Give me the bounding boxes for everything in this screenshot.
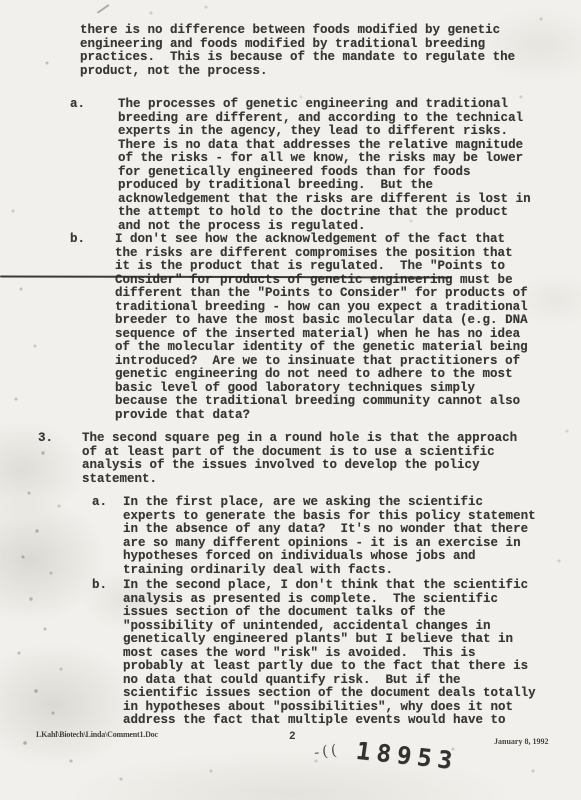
pen-scribble: -((	[313, 741, 341, 762]
item-3b-text: In the second place, I don't think that …	[123, 579, 536, 728]
item-b-marker: b.	[70, 233, 85, 247]
intro-paragraph: there is no difference between foods mod…	[80, 24, 515, 78]
scan-smudge	[97, 4, 109, 13]
page-stamp-number: 18953	[354, 737, 460, 775]
item-3a-text: In the first place, are we asking the sc…	[123, 496, 536, 577]
item-3-marker: 3.	[38, 432, 53, 446]
scan-noise	[0, 0, 2, 2]
item-a-marker: a.	[70, 98, 85, 112]
item-3a-marker: a.	[92, 496, 107, 510]
item-3b-marker: b.	[92, 579, 107, 593]
footer-date: January 8, 1992	[494, 737, 548, 746]
footer-page-number: 2	[289, 731, 296, 743]
footer-file-path: LKahl\Biotech\Linda\Comment1.Doc	[36, 730, 158, 739]
item-3-text: The second square peg in a round hole is…	[82, 432, 517, 486]
item-b-text: I don't see how the acknowledgement of t…	[115, 233, 528, 422]
document-page: there is no difference between foods mod…	[0, 0, 581, 800]
item-a-text: The processes of genetic engineering and…	[118, 98, 531, 233]
